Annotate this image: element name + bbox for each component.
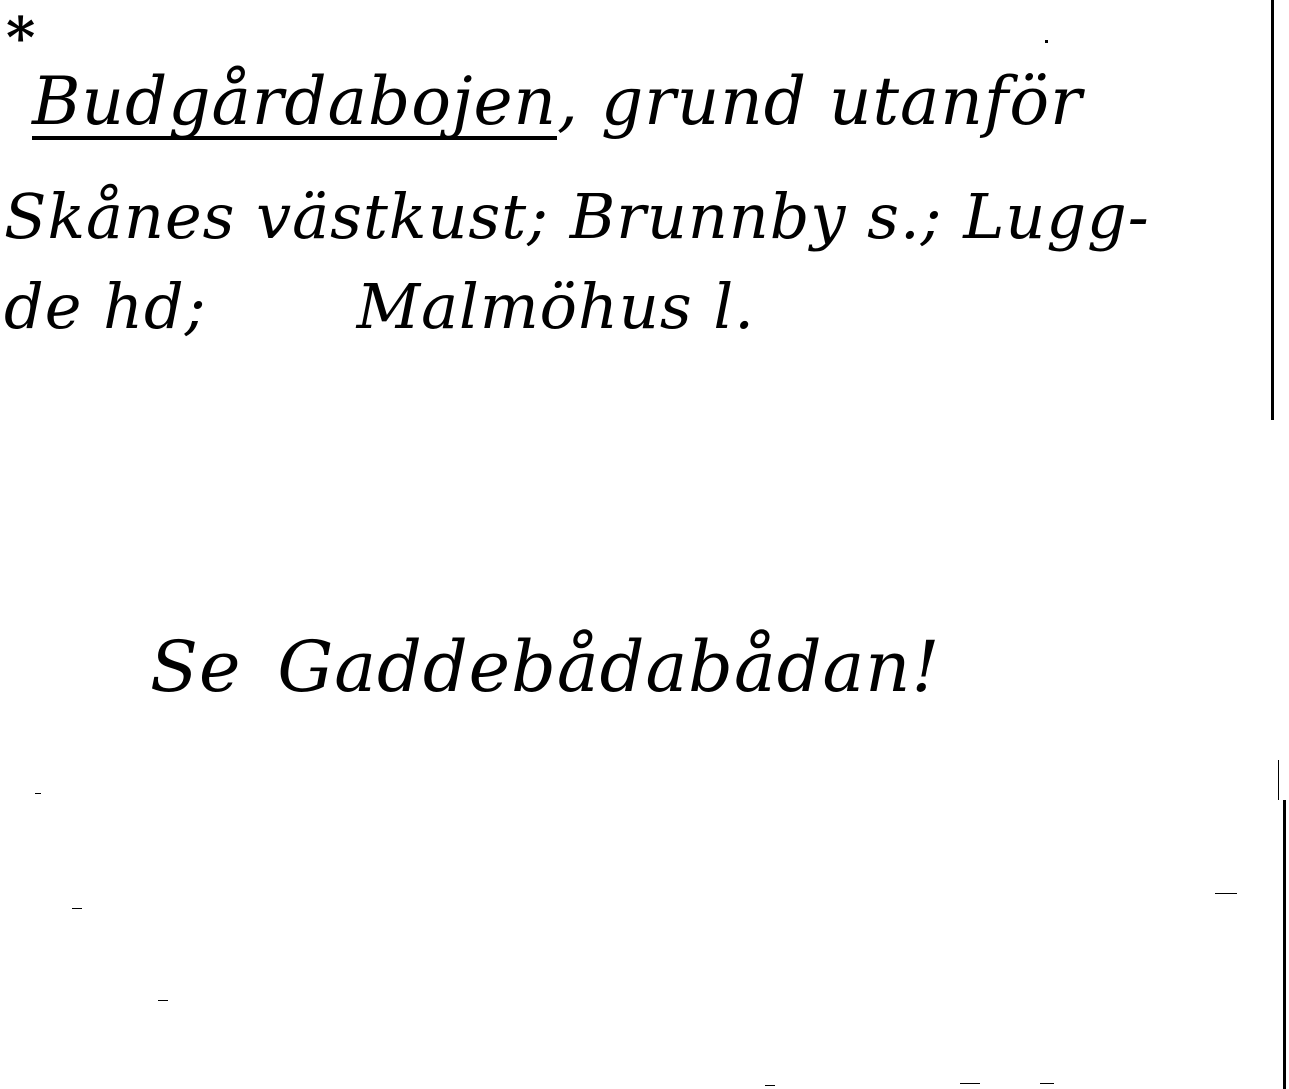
card-edge-line	[1278, 760, 1279, 800]
entry-line-3: de hd;Malmöhus l.	[4, 270, 755, 344]
index-card: * Budgårdabojen, grund utanför Skånes vä…	[0, 0, 1289, 1089]
cross-reference: SeGaddebådabådan!	[150, 625, 940, 709]
scan-speck	[72, 908, 82, 909]
county-text: Malmöhus l.	[357, 270, 755, 343]
scan-speck	[960, 1083, 980, 1084]
reference-target: Gaddebådabådan!	[277, 626, 940, 708]
scan-speck	[158, 1000, 168, 1001]
scan-speck	[765, 1085, 775, 1086]
headword: Budgårdabojen	[32, 67, 557, 140]
scan-speck	[1045, 40, 1048, 43]
scan-speck	[1215, 893, 1237, 894]
card-edge-line	[1271, 0, 1274, 420]
asterisk-marker: *	[6, 10, 36, 66]
entry-line-1: Budgårdabojen, grund utanför	[32, 62, 1083, 141]
entry-line-2: Skånes västkust; Brunnby s.; Lugg-	[4, 180, 1150, 254]
scan-speck	[35, 793, 41, 794]
card-edge-line	[1283, 800, 1286, 1089]
scan-speck	[1040, 1083, 1054, 1084]
entry-description-start: , grund utanför	[557, 63, 1083, 140]
see-label: Se	[150, 626, 241, 708]
district-text: de hd;	[4, 270, 207, 343]
